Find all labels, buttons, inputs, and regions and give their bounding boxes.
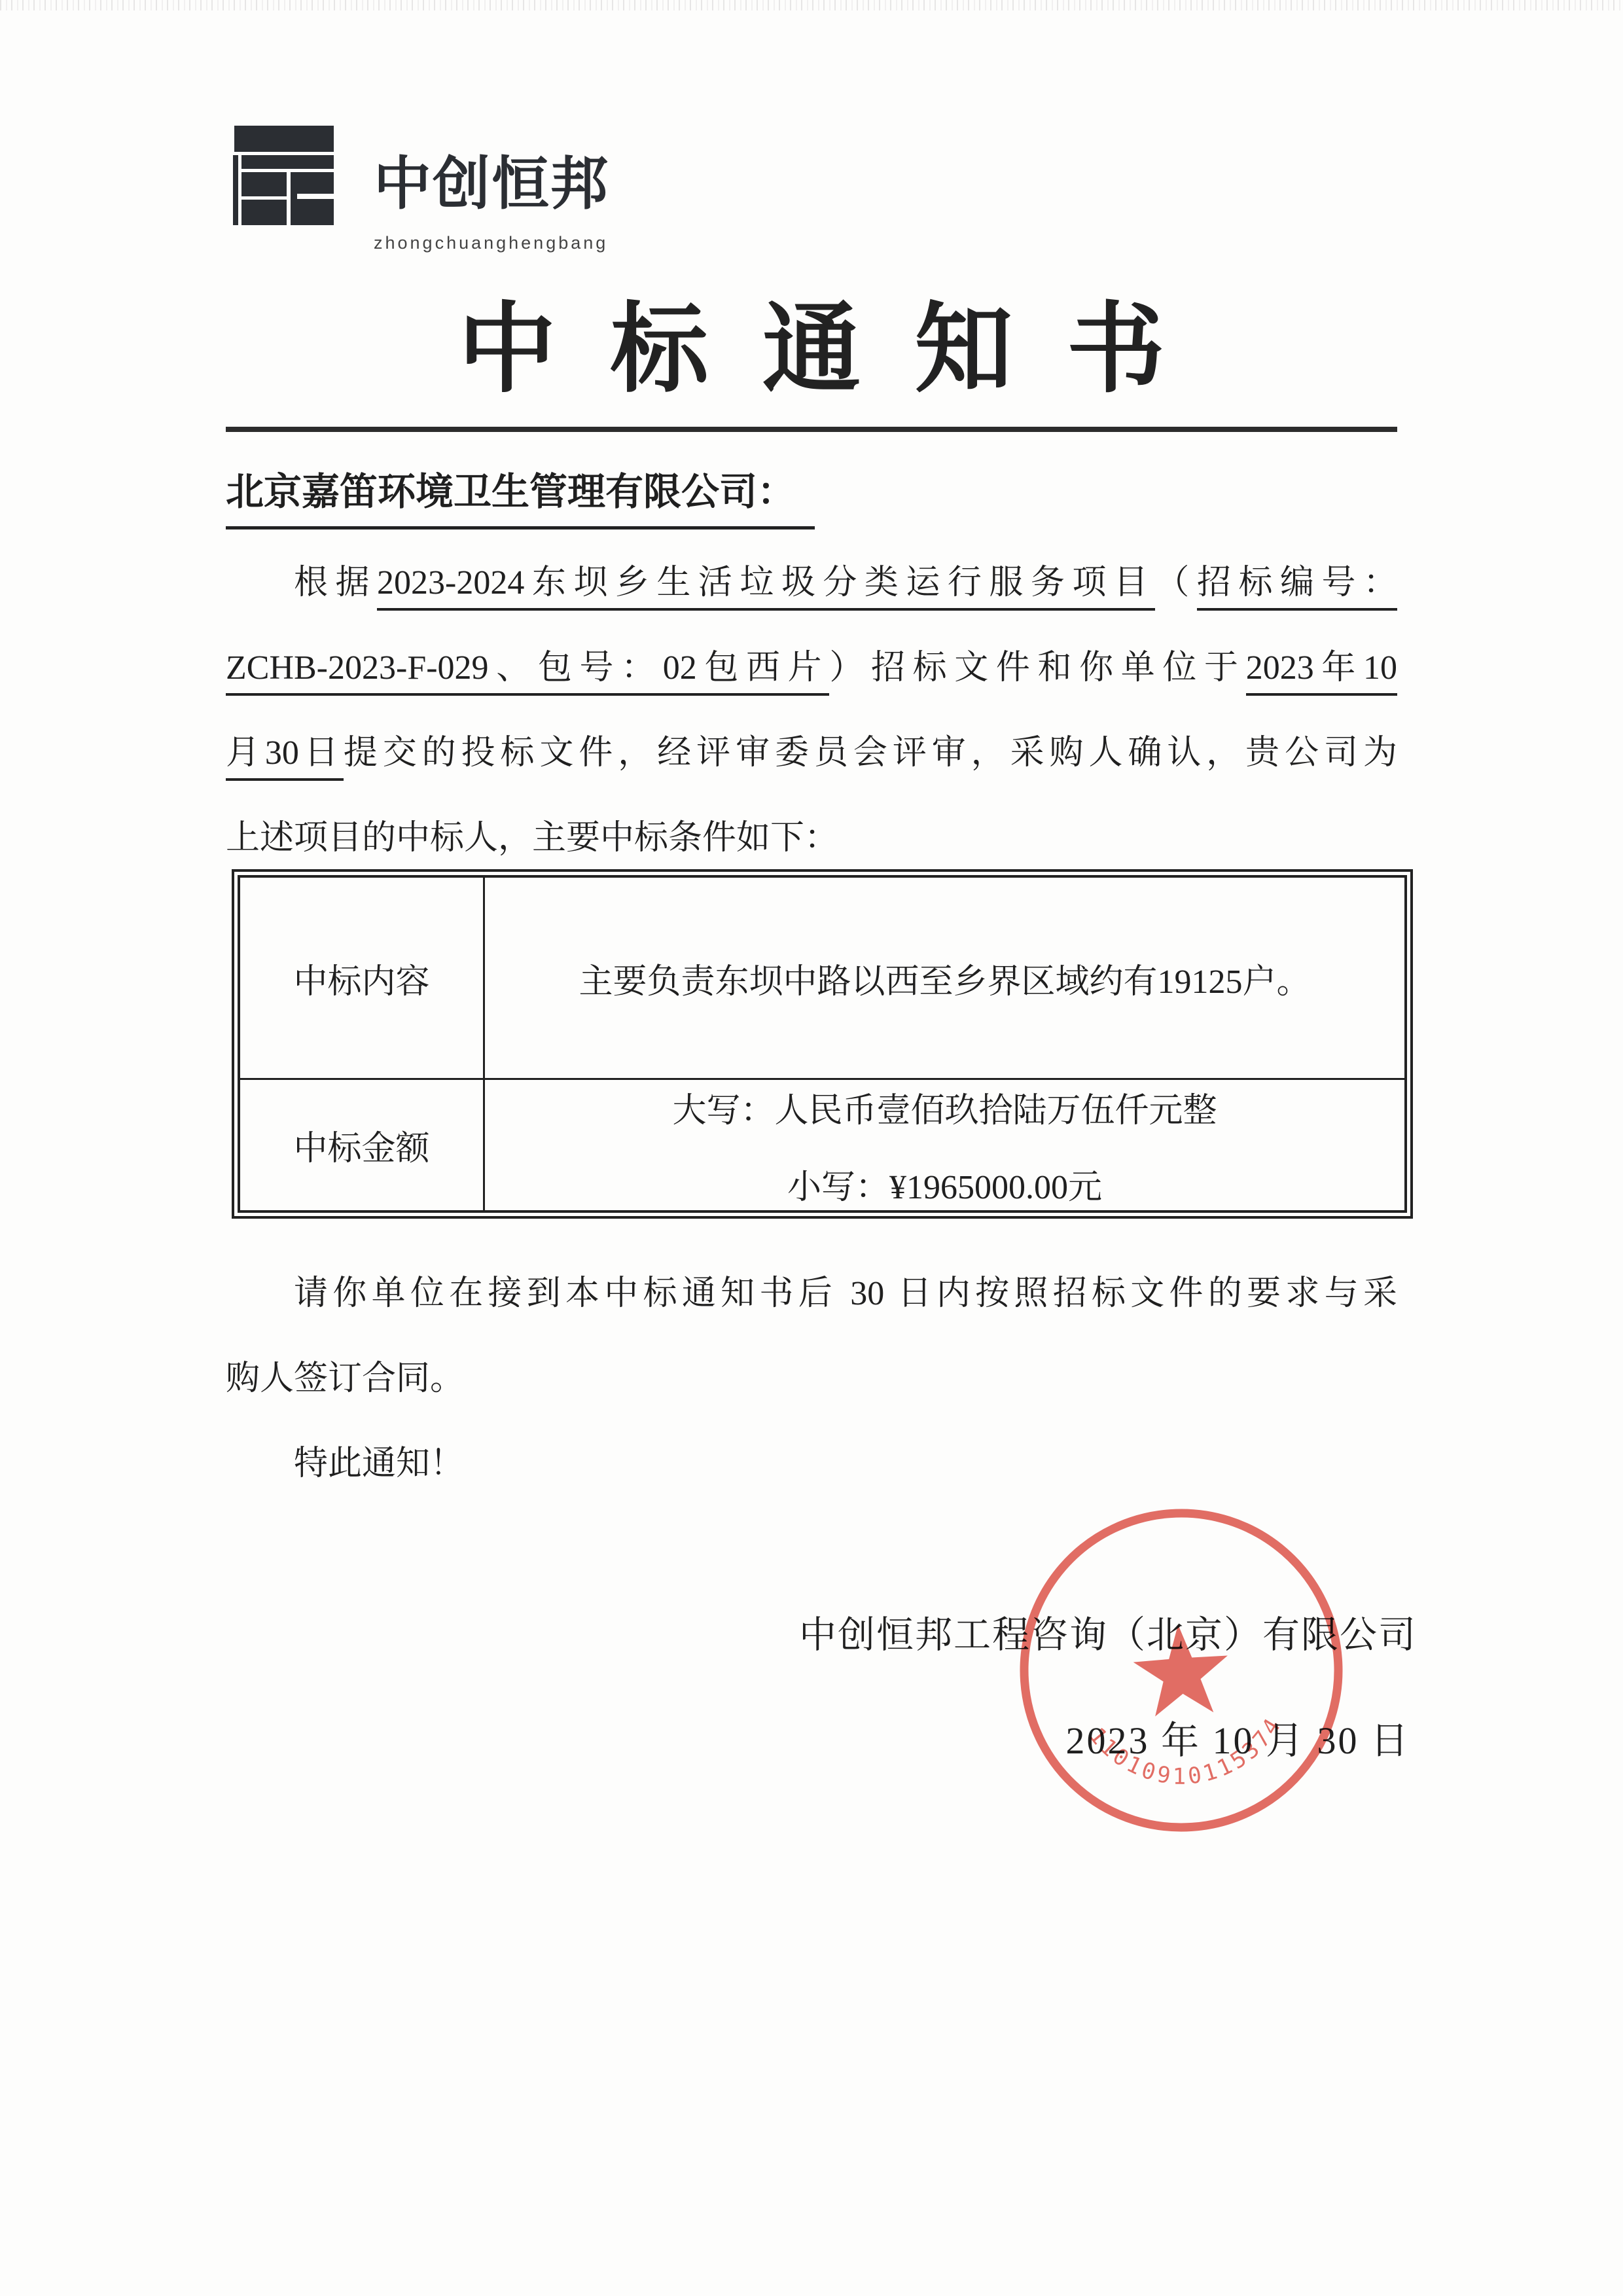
table-value-content: 主要负责东坝中路以西至乡界区域约有19125户。 xyxy=(485,878,1404,1078)
table-value-amount: 大写：人民币壹佰玖拾陆万伍仟元整 小写：¥1965000.00元 xyxy=(485,1078,1404,1210)
underlined-text: 招标编号： xyxy=(1197,564,1397,611)
body-line: 月30日提交的投标文件，经评审委员会评审，采购人确认，贵公司为 xyxy=(226,711,1397,796)
logo-block-bottom-left xyxy=(241,200,287,225)
body-line: 上述项目的中标人，主要中标条件如下： xyxy=(226,796,1397,881)
closing-phrase: 特此通知！ xyxy=(294,1422,464,1507)
table-label-amount: 中标金额 xyxy=(240,1078,485,1210)
body-line: 购人签订合同。 xyxy=(226,1336,1397,1422)
text-run: 购人签订合同。 xyxy=(226,1360,464,1397)
svg-text:中创恒邦工程咨询(北京)有限公司: 中创恒邦工程咨询(北京)有限公司 xyxy=(1035,1832,1363,1852)
text-run: ）招标文件和你单位于 xyxy=(829,649,1245,687)
body-line: 请你单位在接到本中标通知书后 30 日内按照招标文件的要求与采 xyxy=(226,1251,1397,1336)
company-logo-icon xyxy=(233,126,336,225)
text-run: 请你单位在接到本中标通知书后 30 日内按照招标文件的要求与采 xyxy=(294,1275,1397,1312)
body-line: ZCHB-2023-F-029、包号：02包西片）招标文件和你单位于2023年1… xyxy=(226,626,1397,711)
logo-block-band xyxy=(241,155,334,169)
logo-block-mid-left xyxy=(241,172,287,196)
table-label-content: 中标内容 xyxy=(240,878,485,1078)
addressee-company: 北京嘉笛环境卫生管理有限公司： xyxy=(226,461,815,529)
title-divider xyxy=(226,427,1397,432)
page-title: 中标通知书 xyxy=(0,287,1623,414)
scanner-noise-band xyxy=(0,0,1623,10)
amount-in-figures: 小写：¥1965000.00元 xyxy=(787,1159,1102,1208)
seal-star-icon xyxy=(1131,1621,1232,1717)
body-line: 根据2023-2024东坝乡生活垃圾分类运行服务项目（招标编号： xyxy=(226,541,1397,626)
body-paragraph-1: 根据2023-2024东坝乡生活垃圾分类运行服务项目（招标编号：ZCHB-202… xyxy=(226,541,1397,881)
document-page: 中创恒邦 zhongchuanghengbang 中标通知书 北京嘉笛环境卫生管… xyxy=(0,0,1623,2296)
brand-block: 中创恒邦 zhongchuanghengbang xyxy=(374,152,609,253)
logo-block-top xyxy=(234,126,334,152)
underlined-text: 2023-2024东坝乡生活垃圾分类运行服务项目 xyxy=(377,564,1155,611)
company-seal-stamp: 中创恒邦工程咨询(北京)有限公司 11010910115374 xyxy=(999,1488,1363,1852)
seal-company-text: 中创恒邦工程咨询(北京)有限公司 xyxy=(1035,1832,1363,1852)
logo-notch xyxy=(297,194,334,199)
text-run: 根据 xyxy=(294,564,377,601)
brand-name: 中创恒邦 xyxy=(374,152,609,216)
underlined-text: 2023年10 xyxy=(1246,649,1397,696)
text-run: （ xyxy=(1155,564,1197,601)
underlined-text: ZCHB-2023-F-029、包号：02包西片 xyxy=(226,649,829,696)
underlined-text: 月30日 xyxy=(226,734,344,781)
brand-tagline: zhongchuanghengbang xyxy=(374,233,609,253)
svg-text:11010910115374: 11010910115374 xyxy=(1082,1710,1292,1797)
logo-block-leftbar xyxy=(233,155,238,225)
award-table: 中标内容 主要负责东坝中路以西至乡界区域约有19125户。 中标金额 大写：人民… xyxy=(232,869,1413,1219)
body-paragraph-2: 请你单位在接到本中标通知书后 30 日内按照招标文件的要求与采购人签订合同。 xyxy=(226,1251,1397,1422)
amount-in-words: 大写：人民币壹佰玖拾陆万伍仟元整 xyxy=(672,1083,1217,1132)
text-run: 上述项目的中标人，主要中标条件如下： xyxy=(226,819,838,857)
text-run: 提交的投标文件，经评审委员会评审，采购人确认，贵公司为 xyxy=(344,734,1397,772)
seal-number: 11010910115374 xyxy=(1082,1710,1292,1797)
